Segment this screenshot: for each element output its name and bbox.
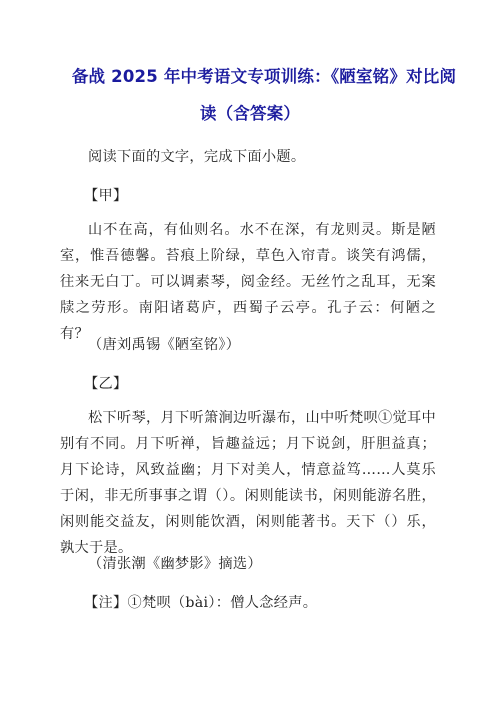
- section-b-source: （清张潮《幽梦影》摘选）: [88, 553, 262, 573]
- instruction-text: 阅读下面的文字，完成下面小题。: [88, 146, 305, 166]
- document-title-line-2: 读（含答案）: [0, 100, 500, 124]
- section-a-source: （唐刘禹锡《陋室铭》）: [88, 334, 240, 354]
- section-b-label: 【乙】: [84, 373, 127, 393]
- section-b-text: 松下听琴，月下听箫涧边听瀑布，山中听梵呗①觉耳中别有不同。月下听禅，旨趣益远；月…: [60, 405, 436, 561]
- annotation-note: 【注】①梵呗（bài）：僧人念经声。: [84, 592, 317, 612]
- document-title-line-1: 备战 2025 年中考语文专项训练：《陋室铭》对比阅: [0, 63, 500, 87]
- section-a-label: 【甲】: [84, 185, 127, 205]
- section-a-text: 山不在高，有仙则名。水不在深，有龙则灵。斯是陋室，惟吾德馨。苔痕上阶绿，草色入帘…: [60, 217, 436, 347]
